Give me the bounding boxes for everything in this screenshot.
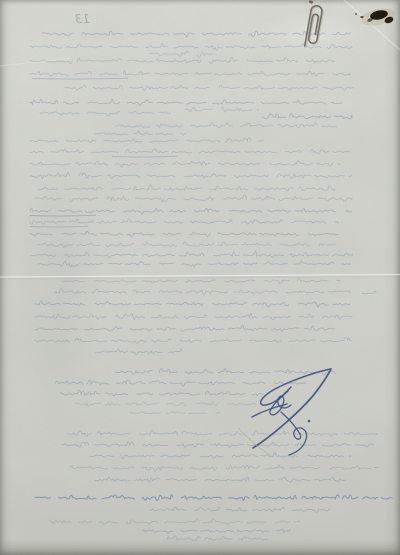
signature-dot [308,420,311,423]
stain-blob [355,13,357,15]
page-number: 13 [75,12,90,26]
scan-overlay: 13 [0,0,400,555]
stain-blob [360,16,363,18]
scanned-letter-page: 13 [0,0,400,555]
